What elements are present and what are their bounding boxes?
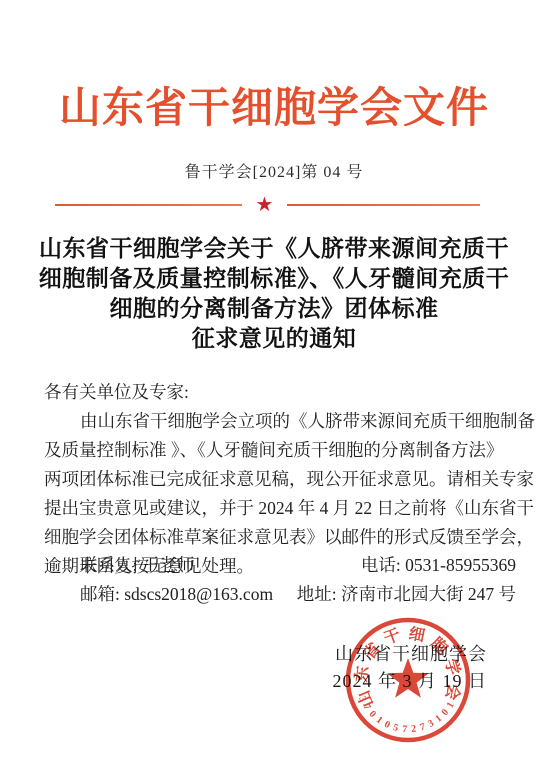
contact-block: 联系人: 王老师 电话: 0531-85955369 邮箱: sdscs2018… (44, 551, 516, 609)
star-icon: ★ (242, 194, 287, 216)
para-line: 细胞学会团体标准草案征求意见表》以邮件的形式反馈至学会， (44, 523, 516, 552)
doc-number: 鲁干学会[2024]第 04 号 (0, 163, 548, 183)
contact-address: 地址: 济南市北园大街 247 号 (297, 580, 516, 609)
salutation: 各有关单位及专家: (44, 378, 516, 407)
separator: ★ (55, 194, 480, 216)
contact-phone: 电话: 0531-85955369 (361, 551, 516, 580)
para-line: 两项团体标准已完成征求意见稿，现公开征求意见。请相关专家 (44, 465, 516, 494)
contact-row: 邮箱: sdscs2018@163.com 地址: 济南市北园大街 247 号 (44, 580, 516, 609)
document-page: 山东省干细胞学会文件 鲁干学会[2024]第 04 号 ★ 山东省干细胞学会关于… (0, 0, 548, 777)
notice-title: 山东省干细胞学会关于《人脐带来源间充质干 细胞制备及质量控制标准》、《人牙髓间充… (0, 234, 548, 354)
seal-star-icon (387, 658, 429, 698)
para-line: 及质量控制标准 》、《人牙髓间充质干细胞的分离制备方法》 (44, 436, 516, 465)
notice-title-line: 山东省干细胞学会关于《人脐带来源间充质干 (0, 234, 548, 264)
notice-title-line: 征求意见的通知 (0, 324, 548, 354)
para-line: 由山东省干细胞学会立项的《人脐带来源间充质干细胞制备 (44, 407, 516, 436)
separator-line-right (287, 204, 480, 206)
contact-person: 联系人: 王老师 (80, 551, 194, 580)
official-seal: 山东省干细胞学会 3701057273101 (338, 610, 478, 750)
notice-title-line: 细胞制备及质量控制标准》、《人牙髓间充质干 (0, 264, 548, 294)
contact-email: 邮箱: sdscs2018@163.com (80, 580, 273, 609)
para-line: 提出宝贵意见或建议，并于 2024 年 4 月 22 日之前将《山东省干 (44, 494, 516, 523)
contact-row: 联系人: 王老师 电话: 0531-85955369 (44, 551, 516, 580)
separator-line-left (55, 204, 242, 206)
notice-title-line: 细胞的分离制备方法》团体标准 (0, 294, 548, 324)
letterhead-title: 山东省干细胞学会文件 (0, 84, 548, 134)
